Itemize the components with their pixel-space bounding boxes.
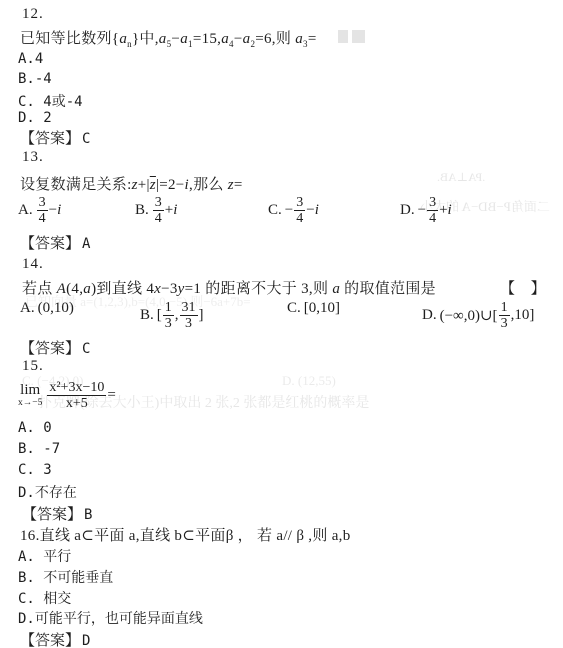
- answer-letter: B: [84, 507, 92, 523]
- question-15-answer-line: 【答案】B: [22, 503, 92, 524]
- question-16-option-c: C. 相交: [18, 588, 71, 608]
- answer-prefix: 【答案】: [20, 236, 80, 252]
- option-value: 34−i: [36, 195, 62, 227]
- question-14-answer-bracket: 【 】: [500, 277, 546, 298]
- option-value: (−∞,0)∪[13,10]: [440, 300, 535, 332]
- option-value: 34+i: [152, 195, 178, 227]
- exam-page: .PA⊥AB. 二面角P−BD−A 的大小 已知向量 a=(1,2,3),b=(…: [0, 0, 563, 648]
- answer-prefix: 【答案】: [20, 341, 80, 357]
- question-14-option-d: D.(−∞,0)∪[13,10]: [422, 300, 534, 332]
- question-15-option-a: A. 0: [18, 420, 52, 436]
- option-value: −34+i: [418, 195, 452, 227]
- question-16-option-d: D.可能平行，也可能异面直线: [18, 608, 203, 628]
- bleedthrough-text: .PA⊥AB.: [437, 170, 485, 185]
- option-value: [13,313]: [157, 300, 204, 332]
- option-value: [0,10]: [304, 300, 340, 317]
- question-12-option-d: D. 2: [18, 110, 52, 126]
- answer-letter: A: [82, 236, 90, 252]
- question-13-option-a: A.34−i: [18, 195, 61, 227]
- question-14-number: 14.: [22, 256, 44, 273]
- option-label: D.: [422, 307, 437, 324]
- option-label: A.: [18, 202, 33, 219]
- question-13-answer-line: 【答案】A: [20, 232, 90, 253]
- answer-prefix: 【答案】: [22, 507, 82, 523]
- answer-letter: D: [82, 633, 90, 648]
- option-label: C.: [268, 202, 282, 219]
- question-13-option-d: D.−34+i: [400, 195, 452, 227]
- question-16-option-b: B. 不可能垂直: [18, 567, 113, 587]
- question-15-option-b: B. -7: [18, 441, 60, 457]
- option-label: A.: [20, 300, 35, 317]
- question-14-option-b: B.[13,313]: [140, 300, 204, 332]
- question-13-option-b: B.34+i: [135, 195, 177, 227]
- question-14-answer-line: 【答案】C: [20, 337, 90, 358]
- question-12-option-a: A.4: [18, 51, 43, 67]
- answer-prefix: 【答案】: [20, 633, 80, 648]
- question-12-option-c: C. 4或-4: [18, 91, 83, 111]
- option-label: C.: [287, 300, 301, 317]
- question-13-number: 13.: [22, 149, 44, 166]
- option-value: −34−i: [285, 195, 319, 227]
- bleedthrough-text: D. (12,55): [282, 373, 336, 389]
- question-15-option-d: D.不存在: [18, 482, 77, 502]
- option-label: B.: [140, 307, 154, 324]
- scan-smudge: [338, 30, 348, 43]
- scan-smudge: [352, 30, 365, 43]
- answer-letter: C: [82, 131, 90, 147]
- answer-prefix: 【答案】: [20, 131, 80, 147]
- question-12-number: 12.: [22, 6, 44, 23]
- question-14-option-a: A.(0,10): [20, 300, 74, 317]
- question-14-option-c: C.[0,10]: [287, 300, 340, 317]
- question-14-stem: 若点 A(4,a)到直线 4x−3y=1 的距离不大于 3,则 a 的取值范围是: [22, 277, 436, 298]
- question-12-option-b: B.-4: [18, 71, 52, 87]
- question-13-stem: 设复数满足关系:z+|z|=2−i,那么 z=: [20, 173, 243, 194]
- question-13-option-c: C.−34−i: [268, 195, 319, 227]
- option-value: (0,10): [38, 300, 74, 317]
- question-15-option-c: C. 3: [18, 462, 52, 478]
- question-15-formula: limx→−5x²+3x−10x+5=: [18, 380, 116, 412]
- question-15-number: 15.: [22, 358, 44, 375]
- question-12-stem: 已知等比数列{an}中,a5−a1=15,a4−a2=6,则 a3=: [20, 27, 317, 48]
- option-label: D.: [400, 202, 415, 219]
- question-16-option-a: A. 平行: [18, 546, 71, 566]
- question-16-heading: 16.直线 a⊂平面 a,直线 b⊂平面β ， 若 a// β ,则 a,b: [20, 524, 351, 545]
- option-label: B.: [135, 202, 149, 219]
- question-12-answer-line: 【答案】C: [20, 127, 90, 148]
- answer-letter: C: [82, 341, 90, 357]
- question-16-answer-line: 【答案】D: [20, 629, 90, 648]
